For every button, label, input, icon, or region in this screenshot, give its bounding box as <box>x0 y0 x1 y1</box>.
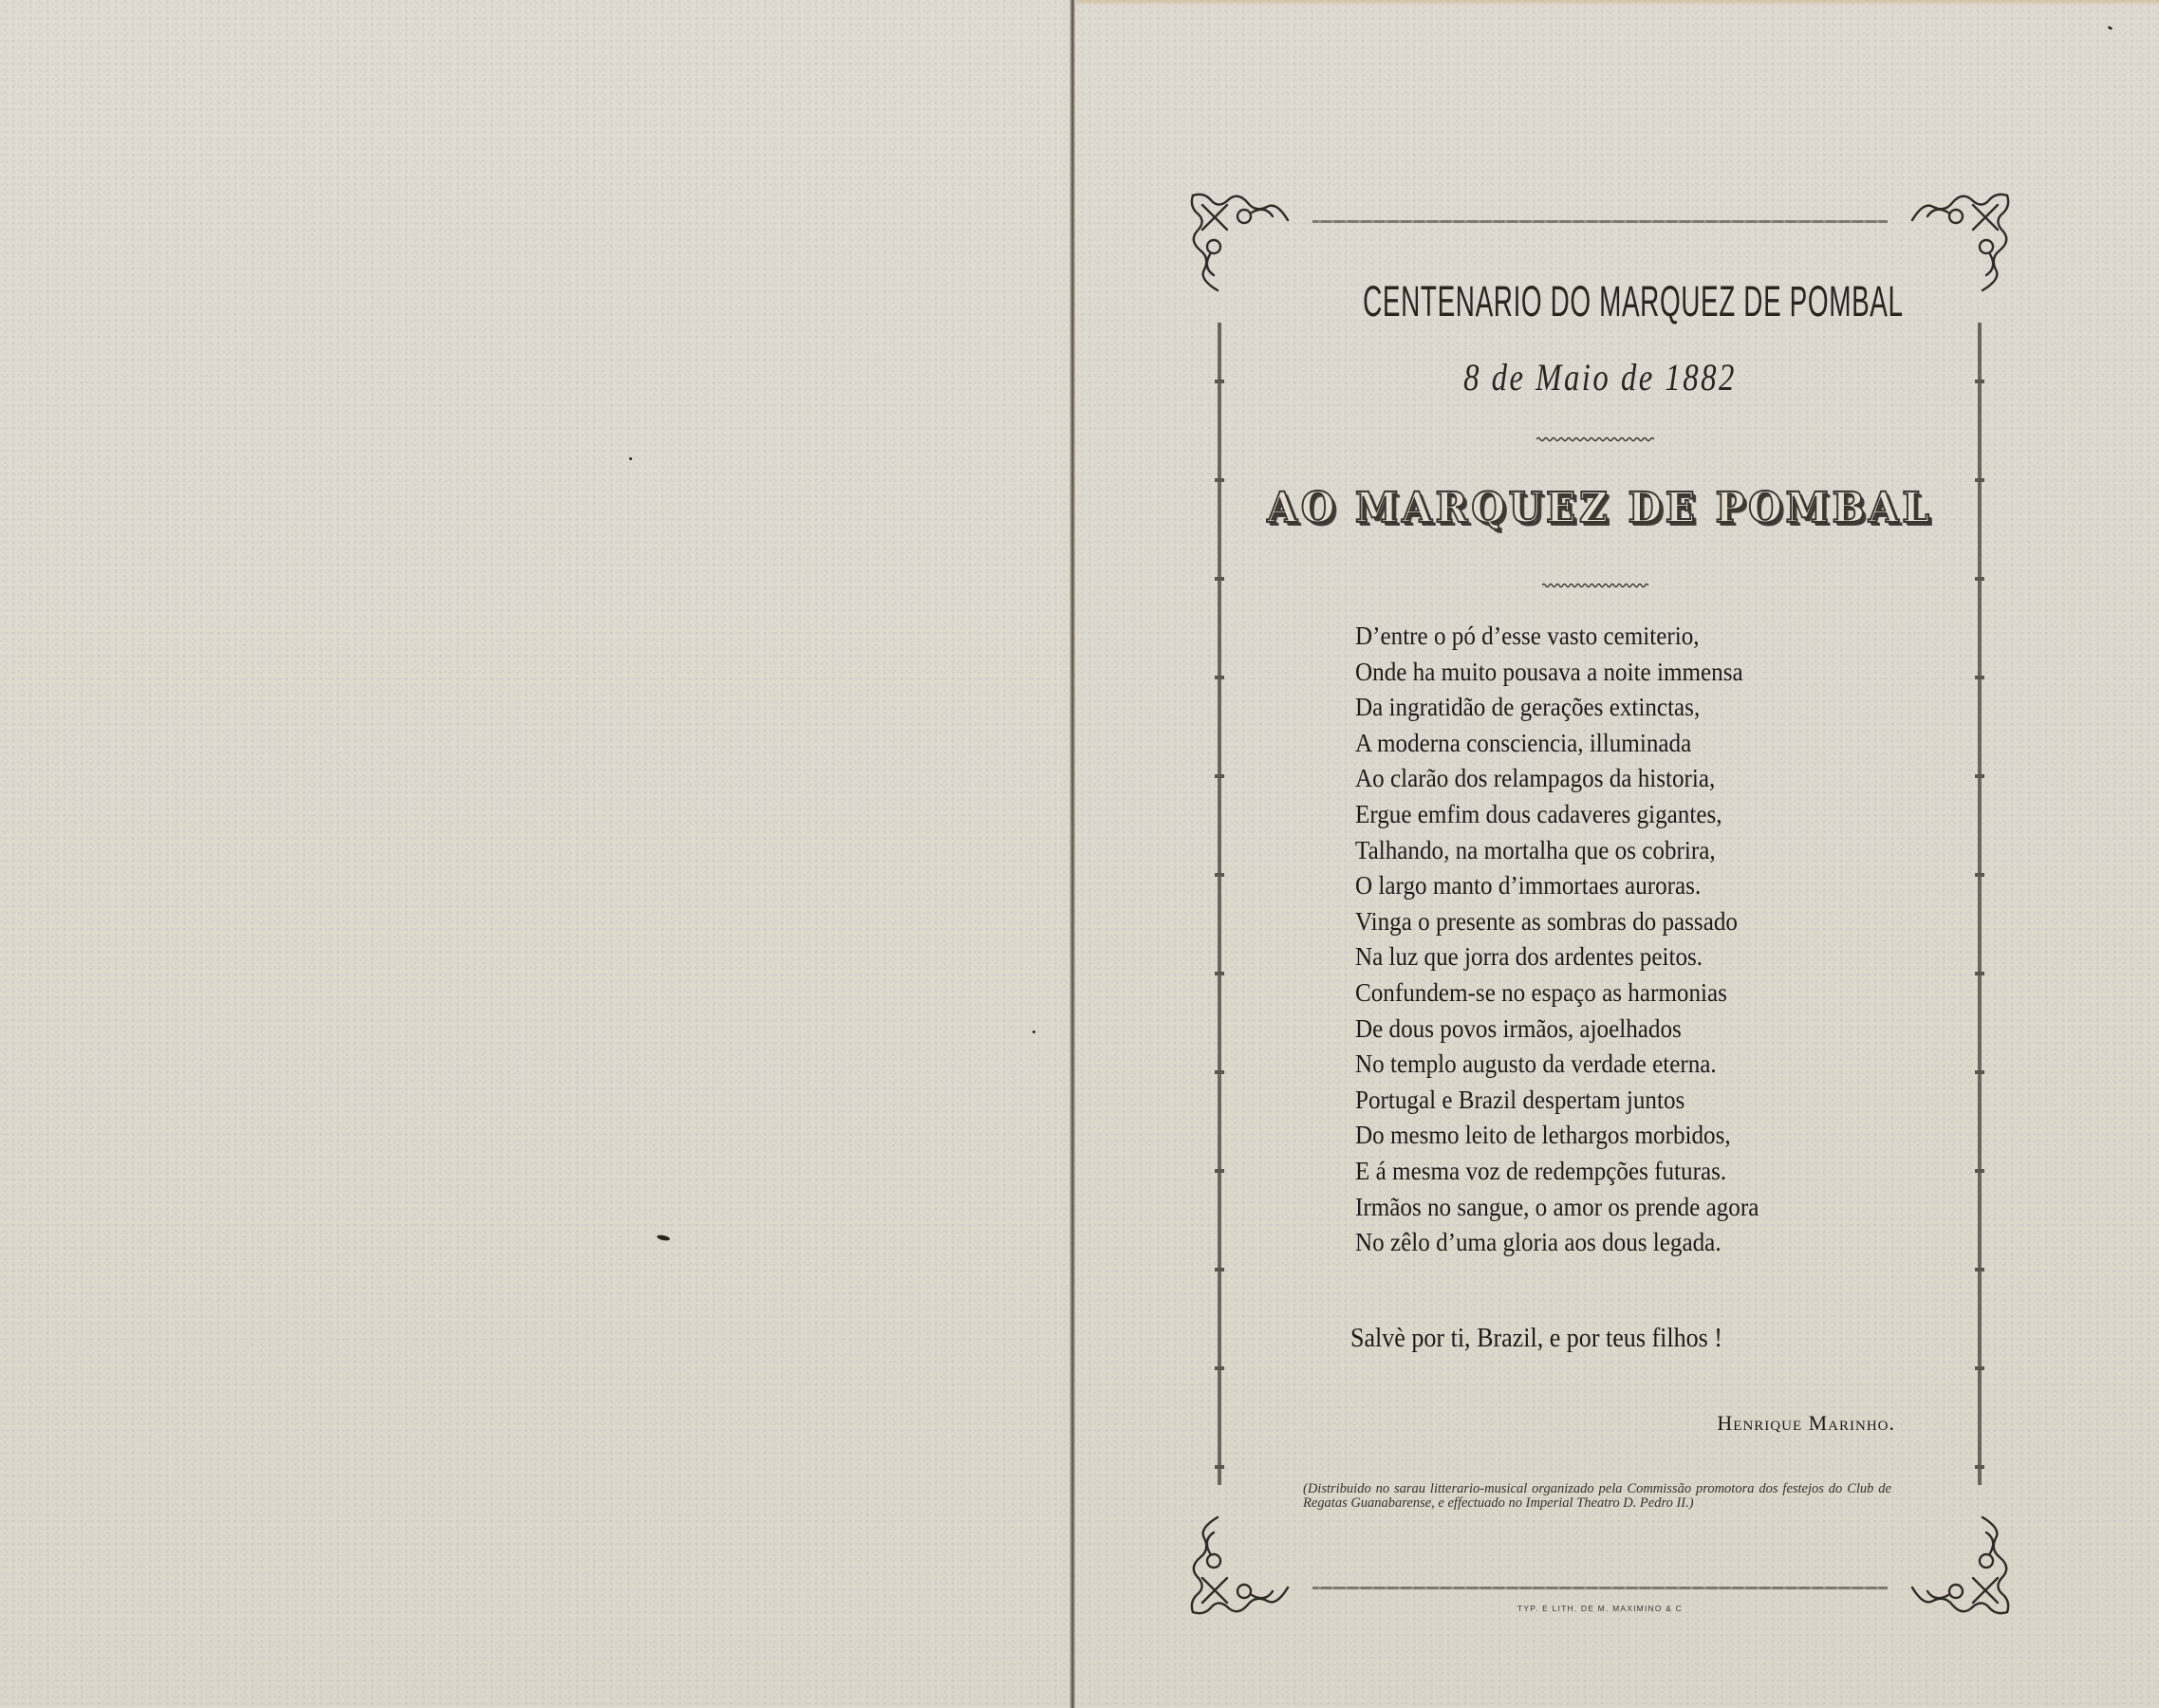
poem-line: De dous povos irmãos, ajoelhados <box>1355 1012 1759 1048</box>
wavy-divider-icon <box>1542 583 1648 588</box>
wavy-divider-icon <box>1536 436 1654 442</box>
poem-line: E á mesma voz de redempções futuras. <box>1355 1154 1759 1190</box>
closing-line: Salvè por ti, Brazil, e por teus filhos … <box>1350 1324 1722 1354</box>
poem-line: Na luz que jorra dos ardentes peitos. <box>1355 939 1759 975</box>
poem-body: D’entre o pó d’esse vasto cemiterio, Ond… <box>1355 619 1759 1261</box>
poem-line: Portugal e Brazil despertam juntos <box>1355 1083 1759 1119</box>
poem-line: Onde ha muito pousava a noite immensa <box>1355 655 1759 691</box>
poem-line: Da ingratidão de gerações extinctas, <box>1355 690 1759 726</box>
poem-line: Vinga o presente as sombras do passado <box>1355 904 1759 940</box>
poem-line: D’entre o pó d’esse vasto cemiterio, <box>1355 619 1759 655</box>
ink-speck <box>629 457 632 460</box>
poem-title: AO MARQUEZ DE POMBAL <box>1244 484 1956 532</box>
book-gutter <box>1070 0 1075 1708</box>
poem-line: O largo manto d’immortaes auroras. <box>1355 868 1759 904</box>
document-date: 8 de Maio de 1882 <box>1287 355 1914 399</box>
distribution-footnote: (Distribuido no sarau litterario-musical… <box>1303 1482 1891 1511</box>
document-heading: CENTENARIO DO MARQUEZ DE POMBAL <box>1363 277 1837 326</box>
poem-line: A moderna consciencia, illuminada <box>1355 726 1759 762</box>
author-signature: Henrique Marinho. <box>1717 1411 1895 1436</box>
poem-line: No templo augusto da verdade eterna. <box>1355 1047 1759 1083</box>
document-content: CENTENARIO DO MARQUEZ DE POMBAL 8 de Mai… <box>1218 0 1982 1708</box>
left-page-blank <box>0 0 1070 1708</box>
poem-line: Do mesmo leito de lethargos morbidos, <box>1355 1118 1759 1154</box>
poem-line: No zêlo d’uma gloria aos dous legada. <box>1355 1225 1759 1261</box>
printer-imprint: TYP. E LITH. DE M. MAXIMINO & C <box>1218 1604 1982 1613</box>
poem-line: Talhando, na mortalha que os cobrira, <box>1355 833 1759 869</box>
poem-line: Irmãos no sangue, o amor os prende agora <box>1355 1190 1759 1226</box>
poem-line: Ergue emfim dous cadaveres gigantes, <box>1355 797 1759 833</box>
poem-line: Ao clarão dos relampagos da historia, <box>1355 761 1759 797</box>
ink-speck <box>1033 1030 1035 1033</box>
ink-speck <box>657 1235 671 1242</box>
ink-speck <box>2108 26 2113 30</box>
poem-line: Confundem-se no espaço as harmonias <box>1355 975 1759 1012</box>
book-spread: CENTENARIO DO MARQUEZ DE POMBAL 8 de Mai… <box>0 0 2159 1708</box>
